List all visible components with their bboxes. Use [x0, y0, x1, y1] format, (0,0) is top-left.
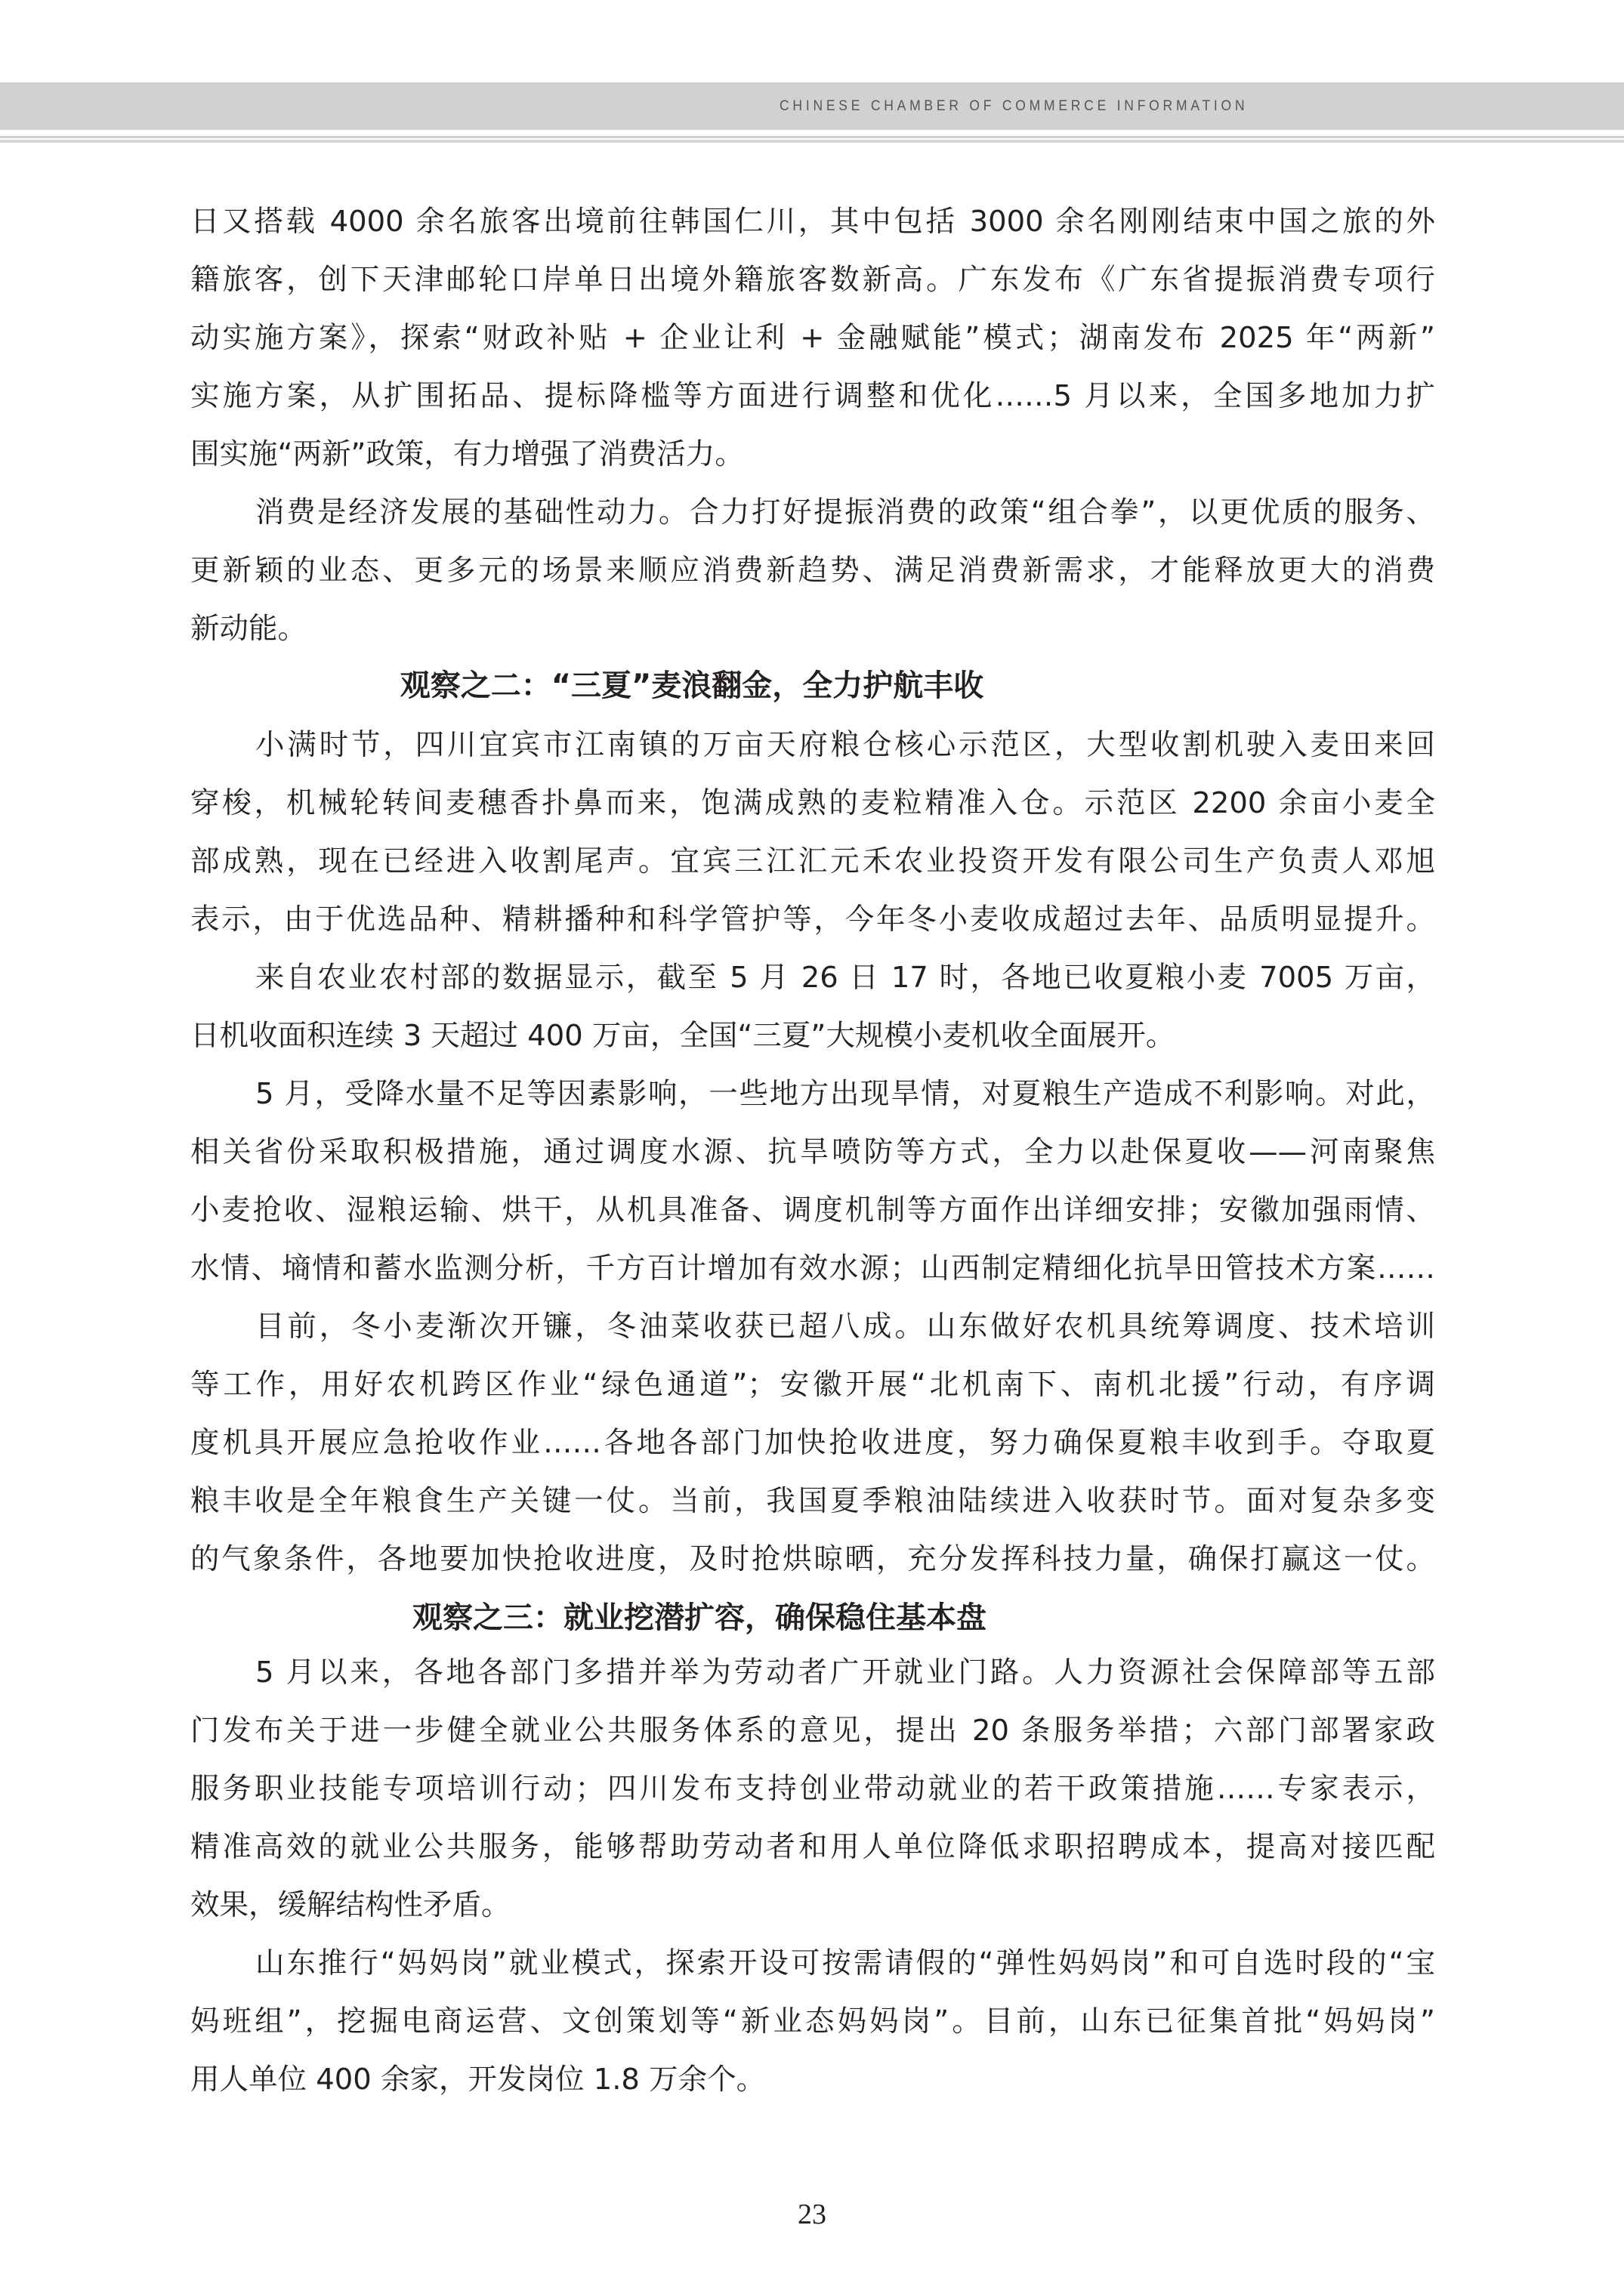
- paragraph-line: 山东推行“妈妈岗”就业模式，探索开设可按需请假的“弹性妈妈岗”和可自选时段的“宝: [255, 1947, 1435, 1980]
- paragraph-line: 5 月以来，各地各部门多措并举为劳动者广开就业门路。人力资源社会保障部等五部: [255, 1656, 1435, 1690]
- paragraph-line: 更新颖的业态、更多元的场景来顺应消费新趋势、满足消费新需求，才能释放更大的消费: [190, 554, 1435, 588]
- section-heading-observation-3: 观察之三：就业挖潜扩容，确保稳住基本盘: [77, 1600, 1322, 1636]
- paragraph-line: 服务职业技能专项培训行动；四川发布支持创业带动就业的若干政策措施……专家表示，: [190, 1773, 1435, 1806]
- paragraph-line: 日机收面积连续 3 天超过 400 万亩，全国“三夏”大规模小麦机收全面展开。: [190, 1020, 1435, 1053]
- paragraph-line: 来自农业农村部的数据显示，截至 5 月 26 日 17 时，各地已收夏粮小麦 7…: [255, 961, 1435, 995]
- paragraph-line: 籍旅客，创下天津邮轮口岸单日出境外籍旅客数新高。广东发布《广东省提振消费专项行: [190, 264, 1435, 297]
- paragraph-line: 动实施方案》，探索“财政补贴 + 企业让利 + 金融赋能”模式；湖南发布 202…: [190, 322, 1435, 355]
- paragraph-line: 5 月，受降水量不足等因素影响，一些地方出现旱情，对夏粮生产造成不利影响。对此，: [255, 1078, 1435, 1111]
- paragraph-line: 精准高效的就业公共服务，能够帮助劳动者和用人单位降低求职招聘成本，提高对接匹配: [190, 1831, 1435, 1864]
- paragraph-line: 消费是经济发展的基础性动力。合力打好提振消费的政策“组合拳”，以更优质的服务、: [255, 496, 1435, 529]
- paragraph-line: 等工作，用好农机跨区作业“绿色通道”；安徽开展“北机南下、南机北援”行动，有序调: [190, 1369, 1435, 1402]
- paragraph-line: 小满时节，四川宜宾市江南镇的万亩天府粮仓核心示范区，大型收割机驶入麦田来回: [255, 729, 1435, 762]
- paragraph-line: 部成熟，现在已经进入收割尾声。宜宾三江汇元禾农业投资开发有限公司生产负责人邓旭: [190, 845, 1435, 878]
- paragraph-line: 日又搭载 4000 余名旅客出境前往韩国仁川，其中包括 3000 余名刚刚结束中…: [190, 205, 1435, 239]
- page-number: 23: [0, 2198, 1624, 2231]
- header-divider-top: [0, 136, 1624, 138]
- section-heading-observation-2: 观察之二：“三夏”麦浪翻金，全力护航丰收: [69, 668, 1314, 704]
- paragraph-line: 妈班组”，挖掘电商运营、文创策划等“新业态妈妈岗”。目前，山东已征集首批“妈妈岗…: [190, 2005, 1435, 2038]
- paragraph-line: 相关省份采取积极措施，通过调度水源、抗旱喷防等方式，全力以赴保夏收——河南聚焦: [190, 1136, 1435, 1169]
- paragraph-line: 粮丰收是全年粮食生产关键一仗。当前，我国夏季粮油陆续进入收获时节。面对复杂多变: [190, 1485, 1435, 1518]
- paragraph-line: 穿梭，机械轮转间麦穗香扑鼻而来，饱满成熟的麦粒精准入仓。示范区 2200 余亩小…: [190, 787, 1435, 820]
- header-divider-bottom: [0, 140, 1624, 143]
- paragraph-line: 水情、墒情和蓄水监测分析，千方百计增加有效水源；山西制定精细化抗旱田管技术方案……: [190, 1252, 1435, 1285]
- paragraph-line: 的气象条件，各地要加快抢收进度，及时抢烘晾晒，充分发挥科技力量，确保打赢这一仗。: [190, 1543, 1435, 1576]
- paragraph-line: 度机具开展应急抢收作业……各地各部门加快抢收进度，努力确保夏粮丰收到手。夺取夏: [190, 1427, 1435, 1460]
- paragraph-line: 围实施“两新”政策，有力增强了消费活力。: [190, 438, 1435, 471]
- paragraph-line: 用人单位 400 余家，开发岗位 1.8 万余个。: [190, 2063, 1435, 2097]
- paragraph-line: 效果，缓解结构性矛盾。: [190, 1889, 1435, 1922]
- publication-title: CHINESE CHAMBER OF COMMERCE INFORMATION: [780, 98, 1248, 115]
- paragraph-line: 小麦抢收、湿粮运输、烘干，从机具准备、调度机制等方面作出详细安排；安徽加强雨情、: [190, 1194, 1435, 1227]
- paragraph-line: 门发布关于进一步健全就业公共服务体系的意见，提出 20 条服务举措；六部门部署家…: [190, 1714, 1435, 1748]
- paragraph-line: 目前，冬小麦渐次开镰，冬油菜收获已超八成。山东做好农机具统筹调度、技术培训: [255, 1310, 1435, 1344]
- paragraph-line: 新动能。: [190, 613, 1435, 646]
- paragraph-line: 实施方案，从扩围拓品、提标降槛等方面进行调整和优化……5 月以来，全国多地加力扩: [190, 380, 1435, 413]
- paragraph-line: 表示，由于优选品种、精耕播种和科学管护等，今年冬小麦收成超过去年、品质明显提升。: [190, 903, 1435, 937]
